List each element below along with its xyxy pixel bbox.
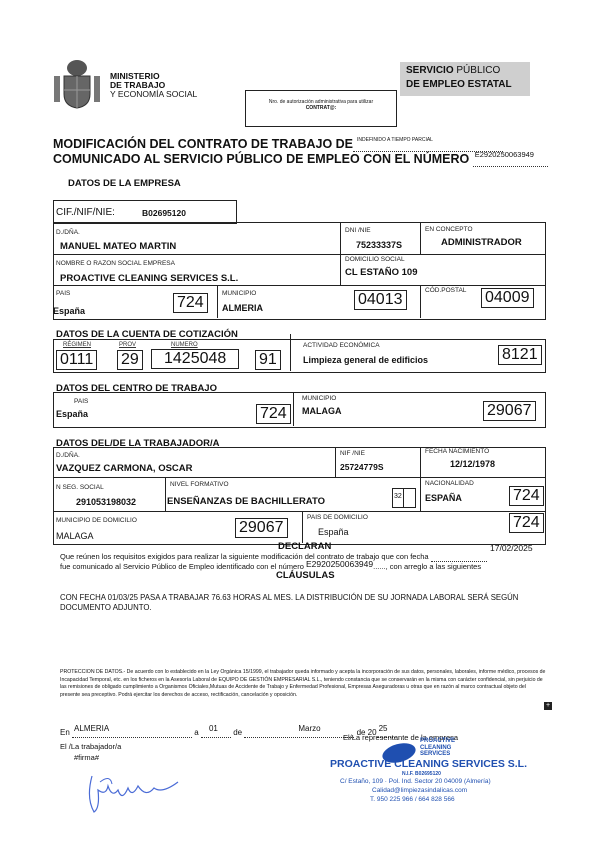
coat-of-arms-icon — [48, 58, 106, 110]
declaran-heading: DECLARAN — [278, 541, 331, 552]
section-empresa: DATOS DE LA EMPRESA — [68, 178, 181, 189]
data-protection-notice: PROTECCION DE DATOS.- De acuerdo con lo … — [60, 669, 546, 699]
document-title: MODIFICACIÓN DEL CONTRATO DE TRABAJO DEI… — [53, 137, 548, 167]
worker-signature — [82, 768, 182, 823]
sepe-badge: SERVICIO PÚBLICO DE EMPLEO ESTATAL — [400, 62, 530, 96]
company-stamp: PROACTIVE CLEANING SERVICES PROACTIVE CL… — [330, 738, 550, 808]
nivel-code-box: 32 — [392, 488, 416, 508]
declaran-text: Que reúnen los requisitos exigidos para … — [60, 552, 550, 571]
clausulas-heading: CLÁUSULAS — [276, 570, 335, 581]
clausula-text: CON FECHA 01/03/25 PASA A TRABAJAR 76.63… — [60, 593, 550, 613]
authorization-box: Nro. de autorización administrativa para… — [245, 90, 397, 127]
company-name: PROACTIVE CLEANING SERVICES S.L. — [60, 273, 238, 284]
ministry-name: MINISTERIO DE TRABAJO Y ECONOMÍA SOCIAL — [110, 72, 197, 99]
expand-icon[interactable]: + — [544, 702, 552, 710]
worker-name: VAZQUEZ CARMONA, OSCAR — [56, 463, 193, 474]
centro-table — [53, 392, 546, 428]
rep-name: MANUEL MATEO MARTIN — [60, 241, 176, 252]
